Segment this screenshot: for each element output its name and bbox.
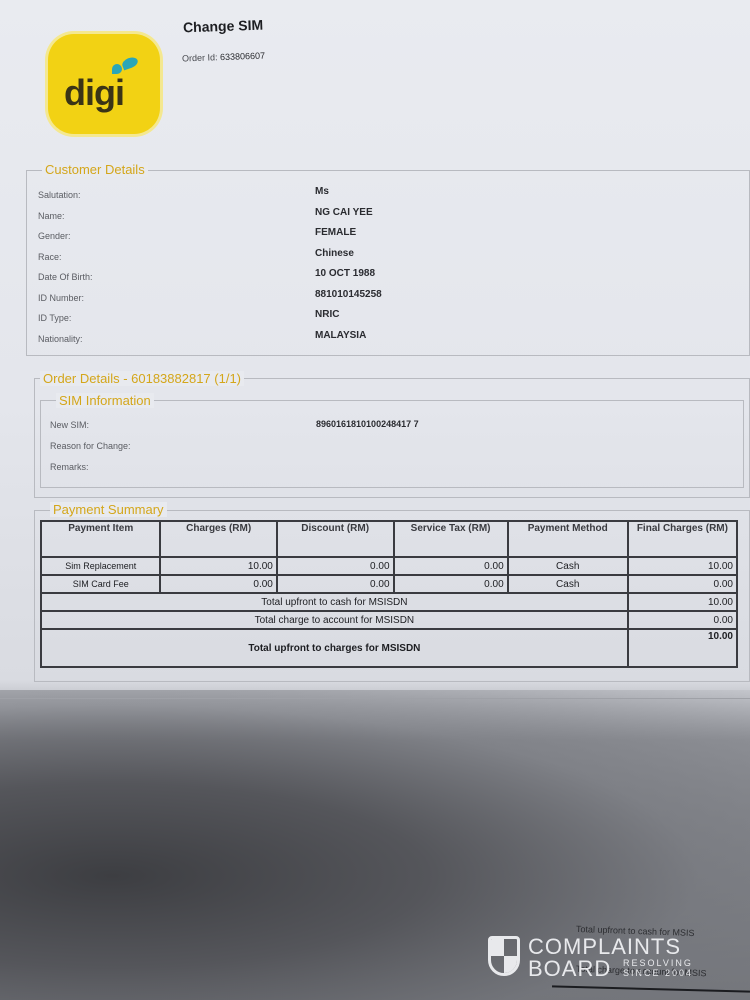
table-cell: 10.00: [160, 557, 276, 575]
column-header: Payment Method: [508, 521, 628, 557]
table-cell: 0.00: [394, 557, 508, 575]
sim-field-label: New SIM:: [50, 420, 89, 430]
order-details-heading: Order Details - 60183882817 (1/1): [40, 371, 244, 386]
column-header: Charges (RM): [160, 521, 276, 557]
field-value: NG CAI YEE: [315, 207, 373, 218]
table-cell: Sim Replacement: [41, 557, 160, 575]
paper-edge: [0, 698, 750, 699]
sim-field-value: 8960161810100248417 7: [316, 419, 419, 429]
payment-summary-heading: Payment Summary: [50, 502, 167, 517]
sim-information-heading: SIM Information: [56, 393, 154, 408]
total-row: Total upfront to charges for MSISDN10.00: [41, 629, 737, 667]
total-row: Total upfront to cash for MSISDN10.00: [41, 593, 737, 611]
table-row: SIM Card Fee0.000.000.00Cash0.00: [41, 575, 737, 593]
table-row: Sim Replacement10.000.000.00Cash10.00: [41, 557, 737, 575]
field-value: 881010145258: [315, 289, 382, 300]
field-label: Date Of Birth:: [38, 272, 93, 282]
digi-logo: digi: [48, 34, 160, 134]
field-value: FEMALE: [315, 227, 356, 238]
total-value: 10.00: [628, 593, 737, 611]
table-cell: 0.00: [277, 557, 394, 575]
sim-field-label: Remarks:: [50, 462, 89, 472]
field-value: MALAYSIA: [315, 330, 366, 341]
field-label: ID Number:: [38, 293, 84, 303]
field-label: Gender:: [38, 231, 71, 241]
total-value: 10.00: [628, 629, 737, 667]
table-cell: SIM Card Fee: [41, 575, 160, 593]
watermark-line2: BOARD: [528, 956, 611, 982]
table-cell: 0.00: [160, 575, 276, 593]
shield-icon: [488, 936, 520, 976]
page-title: Change SIM: [183, 17, 264, 36]
field-label: Nationality:: [38, 334, 83, 344]
customer-details-section: [26, 170, 750, 356]
order-id: Order Id: 633806607: [182, 51, 265, 64]
payment-summary-table: Payment ItemCharges (RM)Discount (RM)Ser…: [40, 520, 738, 668]
field-label: Salutation:: [38, 190, 81, 200]
table-cell: 10.00: [628, 557, 737, 575]
field-label: ID Type:: [38, 313, 71, 323]
table-cell: Cash: [508, 557, 628, 575]
column-header: Discount (RM): [277, 521, 394, 557]
field-value: 10 OCT 1988: [315, 268, 375, 279]
column-header: Final Charges (RM): [628, 521, 737, 557]
field-value: NRIC: [315, 309, 339, 320]
table-cell: 0.00: [394, 575, 508, 593]
field-label: Race:: [38, 252, 62, 262]
field-value: Chinese: [315, 248, 354, 259]
table-header-row: Payment ItemCharges (RM)Discount (RM)Ser…: [41, 521, 737, 557]
total-label: Total upfront to cash for MSISDN: [41, 593, 628, 611]
sim-field-label: Reason for Change:: [50, 441, 131, 451]
logo-text: digi: [64, 72, 124, 114]
field-label: Name:: [38, 211, 65, 221]
logo-drop-icon: [121, 56, 139, 71]
table-cell: 0.00: [277, 575, 394, 593]
table-cell: 0.00: [628, 575, 737, 593]
total-row: Total charge to account for MSISDN0.00: [41, 611, 737, 629]
field-value: Ms: [315, 186, 329, 197]
order-id-label: Order Id:: [182, 52, 218, 63]
watermark-tagline: RESOLVING SINCE 2004: [623, 958, 693, 978]
total-value: 0.00: [628, 611, 737, 629]
table-cell: Cash: [508, 575, 628, 593]
total-label: Total upfront to charges for MSISDN: [41, 629, 628, 667]
sim-information-section: [40, 400, 744, 488]
column-header: Service Tax (RM): [394, 521, 508, 557]
customer-details-heading: Customer Details: [42, 162, 148, 177]
column-header: Payment Item: [41, 521, 160, 557]
total-label: Total charge to account for MSISDN: [41, 611, 628, 629]
order-id-value: 633806607: [220, 51, 265, 63]
